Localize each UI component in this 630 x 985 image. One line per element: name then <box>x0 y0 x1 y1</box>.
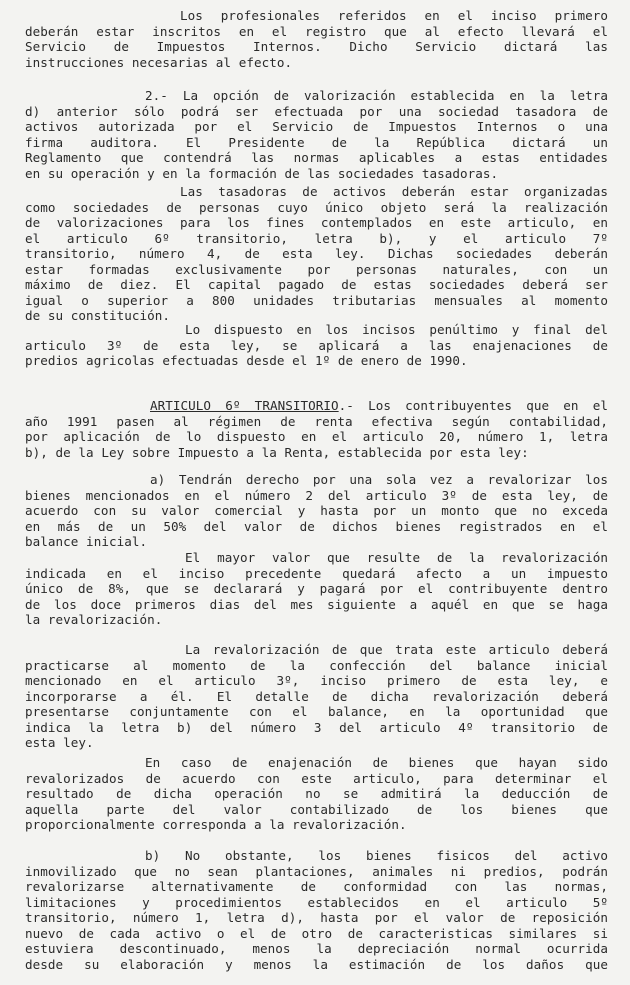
text-line: balance inicial. <box>25 534 608 549</box>
text-line: como sociedades de personas cuyo único o… <box>25 200 608 215</box>
article-heading: ARTICULO 6º TRANSITORIO <box>150 398 339 413</box>
text-line: a) Tendrán derecho por una sola vez a re… <box>150 472 608 487</box>
text-line: revalorizarse alternativamente de confor… <box>25 879 608 894</box>
text-line: Reglamento que contendrá las normas apli… <box>25 150 608 165</box>
text-line: esta ley. <box>25 735 608 750</box>
text-line: indica la letra b) del número 3 del arti… <box>25 720 608 735</box>
text-line: La revalorización de que trata este arti… <box>185 642 608 657</box>
text-line: por aplicación de lo dispuesto en el art… <box>25 429 608 444</box>
text-line: bienes mencionados en el número 2 del ar… <box>25 488 608 503</box>
text-line: inmovilizado que no sean plantaciones, a… <box>25 864 608 879</box>
text-line: en más de un 50% del valor de dichos bie… <box>25 519 608 534</box>
text-line: ARTICULO 6º TRANSITORIO.- Los contribuye… <box>150 398 608 413</box>
text-line: El mayor valor que resulte de la revalor… <box>185 550 608 565</box>
text-line: firma auditora. El Presidente de la Repú… <box>25 135 608 150</box>
text-line: el articulo 6º transitorio, letra b), y … <box>25 231 608 246</box>
text-line: Los profesionales referidos en el inciso… <box>180 8 608 23</box>
text-line: b) No obstante, los bienes fisicos del a… <box>145 848 608 863</box>
text-line: practicarse al momento de la confección … <box>25 658 608 673</box>
text-line: incorporarse a él. El detalle de dicha r… <box>25 689 608 704</box>
text-line: nuevo de cada activo o el de otro de car… <box>25 926 608 941</box>
text-line: único de 8%, que se declarará y pagará p… <box>25 581 608 596</box>
text-line: deberán estar inscritos en el registro q… <box>25 24 608 39</box>
text-line: igual o superior a 800 unidades tributar… <box>25 293 608 308</box>
text-line: activos autorizada por el Servicio de Im… <box>25 119 608 134</box>
text-line: de valorizaciones para los fines contemp… <box>25 215 608 230</box>
text-line: indicada en el inciso precedente quedará… <box>25 566 608 581</box>
text-line: Lo dispuesto en los incisos penúltimo y … <box>185 322 608 337</box>
text-line: b), de la Ley sobre Impuesto a la Renta,… <box>25 445 608 460</box>
text-line: articulo 3º de esta ley, se aplicará a l… <box>25 338 608 353</box>
text-line: de los doce primeros dias del mes siguie… <box>25 597 608 612</box>
text-line: año 1991 pasen al régimen de renta efect… <box>25 414 608 429</box>
text-span: .- Los contribuyentes que en el <box>339 398 608 413</box>
text-line: transitorio, número 4, de esta ley. Dich… <box>25 246 608 261</box>
text-line: máximo de diez. El capital pagado de est… <box>25 277 608 292</box>
text-line: limitaciones y procedimientos establecid… <box>25 895 608 910</box>
text-line: mencionado en el articulo 3º, inciso pri… <box>25 673 608 688</box>
document-page: Los profesionales referidos en el inciso… <box>0 0 630 985</box>
text-line: la revalorización. <box>25 612 608 627</box>
text-line: estar formadas exclusivamente por person… <box>25 262 608 277</box>
text-line: Las tasadoras de activos deberán estar o… <box>180 184 608 199</box>
text-line: En caso de enajenación de bienes que hay… <box>145 755 608 770</box>
text-line: proporcionalmente corresponda a la reval… <box>25 817 608 832</box>
text-line: instrucciones necesarias al efecto. <box>25 55 608 70</box>
text-line: presentarse conjuntamente con el balance… <box>25 704 608 719</box>
text-line: estuviera descontinuado, menos la deprec… <box>25 941 608 956</box>
text-line: en su operación y en la formación de las… <box>25 166 608 181</box>
text-line: transitorio, número 1, letra d), hasta p… <box>25 910 608 925</box>
text-line: revalorizados de acuerdo con este articu… <box>25 771 608 786</box>
text-line: Servicio de Impuestos Internos. Dicho Se… <box>25 39 608 54</box>
text-line: de su constitución. <box>25 308 608 323</box>
text-line: 2.- La opción de valorización establecid… <box>145 88 608 103</box>
text-line: d) anterior sólo podrá ser efectuada por… <box>25 104 608 119</box>
text-line: aquella parte del valor contabilizado de… <box>25 802 608 817</box>
text-line: acuerdo con su valor comercial y hasta p… <box>25 503 608 518</box>
text-line: desde su elaboración y menos la estimaci… <box>25 957 608 972</box>
text-line: predios agricolas efectuadas desde el 1º… <box>25 353 608 368</box>
text-line: resultado de dicha operación no se admit… <box>25 786 608 801</box>
